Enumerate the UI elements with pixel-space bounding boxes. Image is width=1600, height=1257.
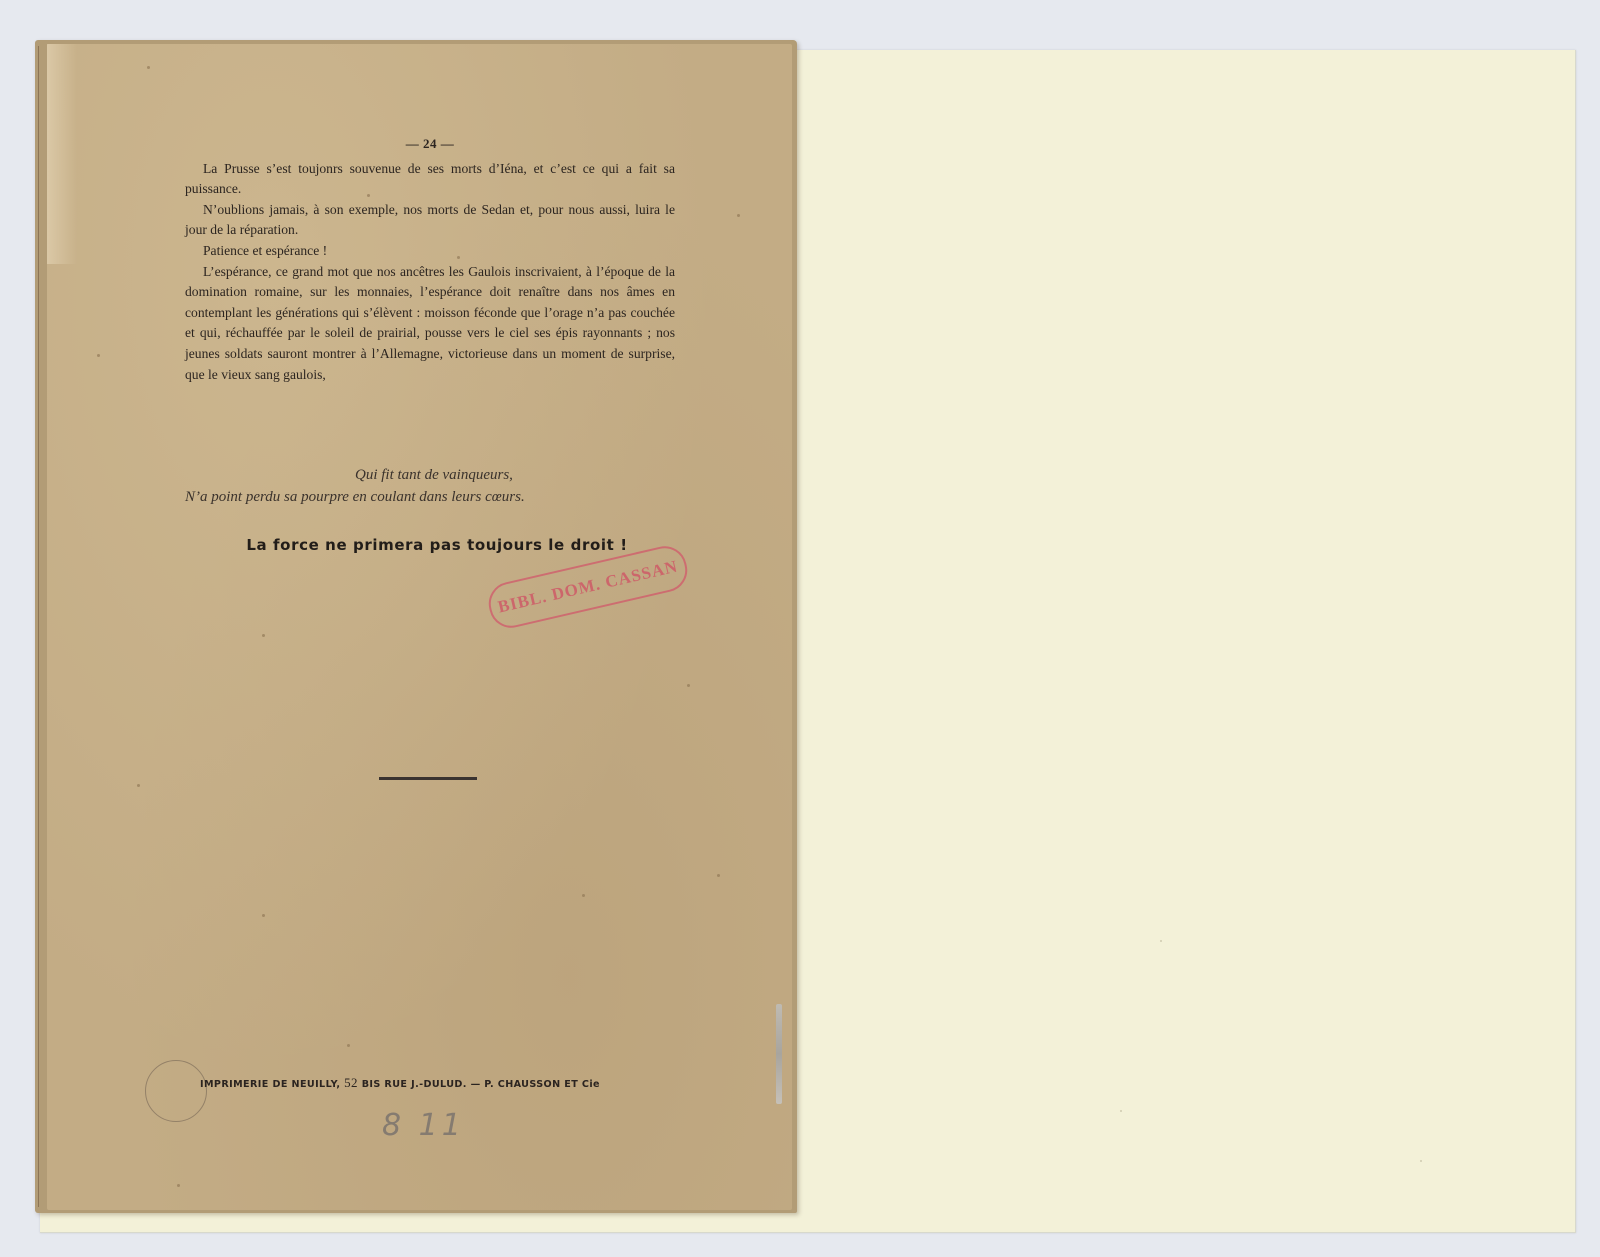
foxing-speck (582, 894, 585, 897)
paper-speck (1160, 940, 1162, 942)
page-number: — 24 — (185, 134, 675, 155)
foxing-speck (137, 784, 140, 787)
imprint-printer: IMPRIMERIE DE NEUILLY, (200, 1079, 340, 1090)
body-text: — 24 — La Prusse s’est toujonrs souvenue… (185, 134, 675, 385)
motto-heading: La force ne primera pas toujours le droi… (202, 536, 672, 554)
printer-imprint: IMPRIMERIE DE NEUILLY, 52 BIS RUE J.-DUL… (200, 1075, 680, 1091)
paragraph: Patience et espérance ! (185, 241, 675, 262)
foxing-speck (97, 354, 100, 357)
paper-speck (1120, 1110, 1122, 1112)
paper-speck (1420, 1160, 1422, 1162)
library-stamp: BIBL. DOM. CASSAN (484, 542, 691, 632)
round-ownership-stamp (145, 1060, 207, 1122)
foxing-speck (347, 1044, 350, 1047)
imprint-number: 52 (344, 1075, 358, 1090)
foxing-speck (737, 214, 740, 217)
handwritten-shelfmark: 8 11 (382, 1108, 465, 1143)
verse-quote: Qui fit tant de vainqueurs, N’a point pe… (185, 464, 675, 508)
imprint-address: BIS RUE J.-DULUD. — P. CHAUSSON ET Cie (362, 1079, 600, 1090)
paragraph: La Prusse s’est toujonrs souvenue de ses… (185, 159, 675, 200)
foxing-speck (177, 1184, 180, 1187)
foxing-speck (262, 634, 265, 637)
page-spine-highlight (47, 44, 77, 264)
foxing-speck (147, 66, 150, 69)
section-rule (379, 777, 477, 780)
page-edge-tear (776, 1004, 782, 1104)
foxing-speck (717, 874, 720, 877)
document-page: — 24 — La Prusse s’est toujonrs souvenue… (47, 44, 792, 1210)
verse-line: Qui fit tant de vainqueurs, (185, 464, 675, 486)
verse-line: N’a point perdu sa pourpre en coulant da… (185, 486, 675, 508)
foxing-speck (687, 684, 690, 687)
paragraph: N’oublions jamais, à son exemple, nos mo… (185, 200, 675, 241)
paragraph: L’espérance, ce grand mot que nos ancêtr… (185, 262, 675, 386)
foxing-speck (262, 914, 265, 917)
